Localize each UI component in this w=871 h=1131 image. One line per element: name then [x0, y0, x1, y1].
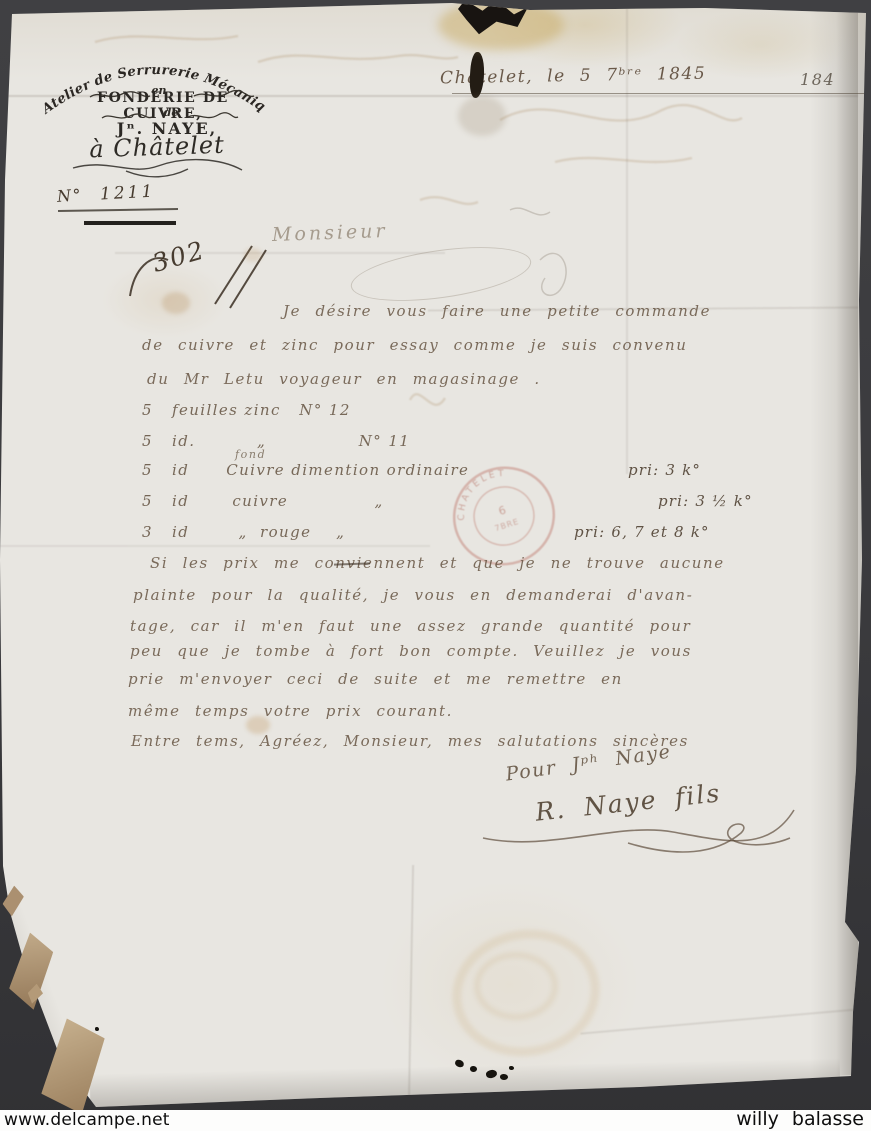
ink-speck — [509, 1066, 514, 1070]
dateline-underline — [452, 93, 868, 94]
dateline-printed-year: 184 — [800, 70, 835, 89]
order-qty: 5 — [142, 492, 152, 510]
body-line: Je désire vous faire une petite commande — [283, 302, 711, 320]
scanned-letter-photo: Atelier de Serrurerie Mécanique en FONDE… — [0, 0, 871, 1131]
order-price: pri: 3 k° — [628, 461, 701, 479]
postmark-month: 7BRE — [494, 517, 521, 533]
order-qty: 5 — [142, 461, 152, 479]
body-line: peu que je tombe à fort bon compte. Veui… — [130, 642, 692, 660]
order-desc: id cuivre „ — [172, 492, 384, 510]
ink-speck — [500, 1074, 508, 1080]
body-line: même temps votre prix courant. — [128, 702, 453, 720]
signature-flourish — [478, 798, 798, 853]
ink-speck — [470, 1066, 477, 1072]
order-row: 5 feuilles zinc N° 12 — [142, 401, 842, 423]
order-qty: 5 — [142, 401, 152, 419]
stain-spot — [246, 716, 270, 734]
body-line: tage, car il m'en faut une assez grande … — [130, 617, 691, 635]
letterhead-number: 1211 — [100, 182, 156, 205]
body-line: prie m'envoyer ceci de suite et me remet… — [128, 670, 623, 688]
pencil-squiggle — [500, 200, 590, 310]
body-line: Si les prix me conviennent et que je ne … — [150, 554, 725, 572]
order-desc: id „ rouge „ — [172, 523, 345, 541]
body-line: plainte pour la qualité, je vous en dema… — [133, 586, 693, 604]
watermark-bar: www.delcampe.net willy balasse — [0, 1110, 871, 1131]
body-line: Entre tems, Agréez, Monsieur, mes saluta… — [131, 732, 689, 750]
body-line: du Mr Letu voyageur en magasinage . — [147, 370, 541, 388]
stain-spot — [162, 292, 190, 314]
bleedthrough-stamp-inner — [474, 952, 558, 1020]
postmark-day: 6 — [497, 504, 508, 519]
salutation: Monsieur — [272, 220, 388, 246]
order-price: pri: 3 ½ k° — [658, 492, 753, 510]
letterhead-flourish-underline — [68, 156, 248, 180]
watermark-delcampe: www.delcampe.net — [4, 1110, 170, 1130]
body-line: de cuivre et zinc pour essay comme je su… — [142, 336, 688, 354]
order-desc: id Cuivre dimention ordinaire — [172, 461, 469, 479]
order-desc: feuilles zinc N° 12 — [172, 401, 351, 419]
order-desc: id. „ N° 11 — [172, 432, 410, 450]
watermark-willy-balasse: willy balasse — [736, 1108, 864, 1130]
order-price: pri: 6, 7 et 8 k° — [574, 523, 710, 541]
letterhead-number-label: N° — [56, 185, 82, 206]
order-qty: 5 — [142, 432, 152, 450]
letter-paper: Atelier de Serrurerie Mécanique en FONDE… — [0, 0, 871, 1131]
ink-blot-smudge — [458, 96, 506, 136]
letterhead-de: de — [86, 106, 256, 119]
ink-speck — [95, 1027, 99, 1031]
printed-rule — [84, 221, 176, 225]
fold-crease-mid — [0, 545, 430, 547]
order-qty: 3 — [142, 523, 152, 541]
order-note: fond — [235, 448, 266, 461]
stain-spot — [244, 248, 262, 262]
